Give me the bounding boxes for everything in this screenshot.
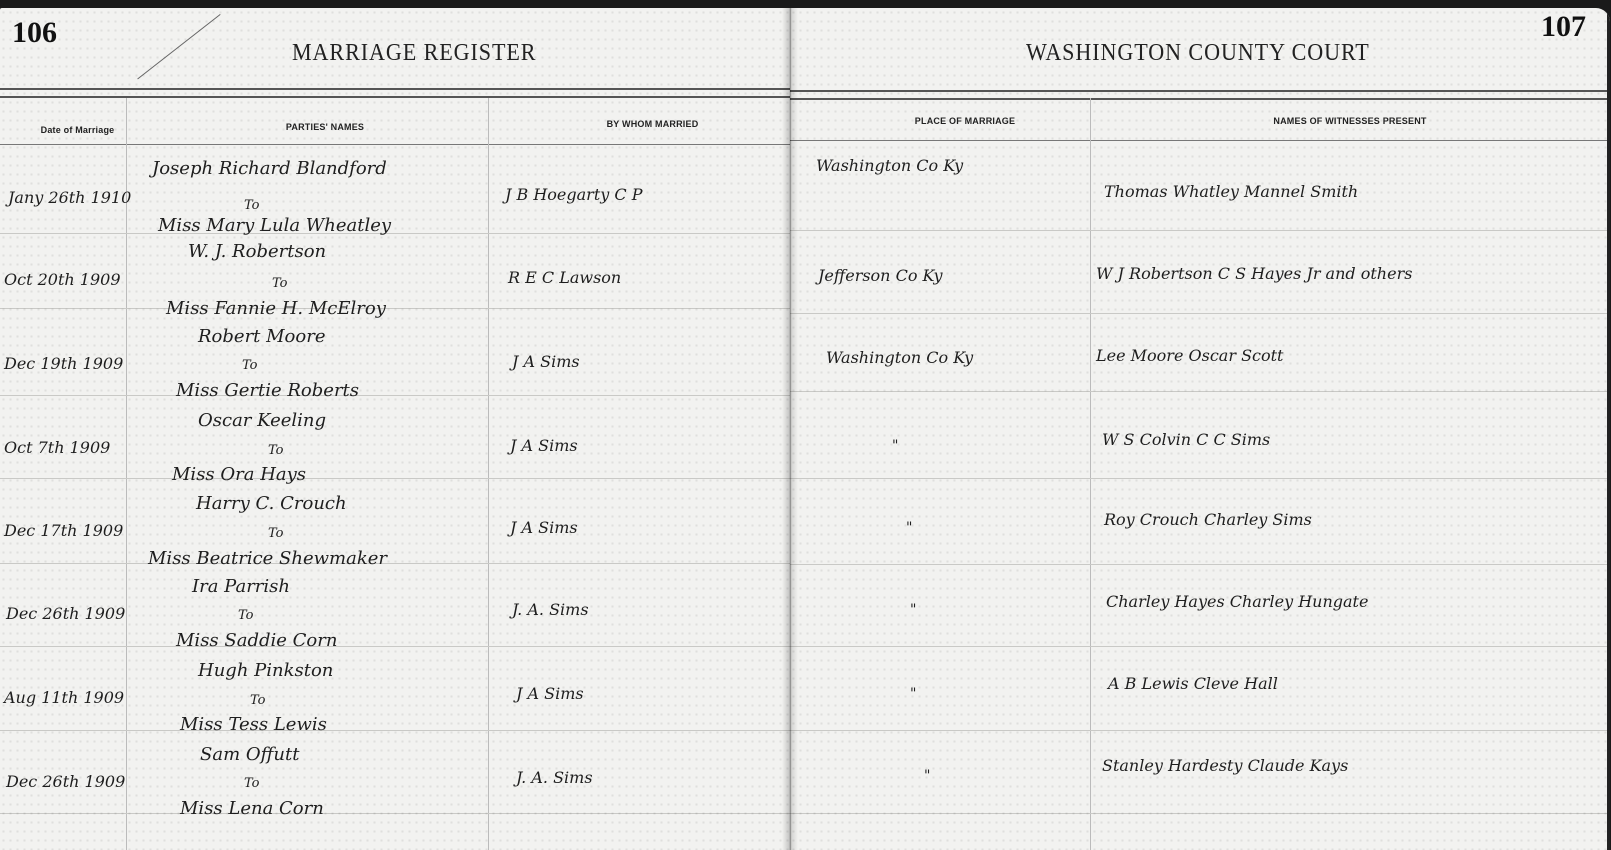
entry-connector: To [268, 526, 284, 541]
row-rule [0, 233, 790, 234]
entry-officiant: J A Sims [512, 352, 580, 371]
entry-groom: Oscar Keeling [198, 410, 326, 431]
column-header-officiant: BY WHOM MARRIED [520, 119, 785, 129]
page-number-right: 107 [1541, 10, 1586, 44]
column-divider [126, 98, 127, 850]
header-double-rule [790, 90, 1610, 100]
header-double-rule [0, 88, 790, 98]
entry-date: Dec 26th 1909 [6, 604, 125, 623]
entry-connector: To [268, 443, 284, 458]
header-bottom-rule [790, 140, 1610, 141]
entry-groom: Ira Parrish [192, 576, 290, 597]
entry-officiant: J A Sims [516, 684, 584, 703]
row-rule [790, 813, 1610, 814]
entry-connector: To [244, 776, 260, 791]
entry-date: Oct 7th 1909 [4, 438, 110, 457]
page-title-left: MARRIAGE REGISTER [292, 40, 536, 67]
entry-witnesses: A B Lewis Cleve Hall [1108, 674, 1278, 693]
entry-bride: Miss Fannie H. McElroy [166, 298, 386, 319]
column-divider [488, 98, 489, 850]
entry-place-ditto: " [906, 520, 912, 536]
entry-bride: Miss Ora Hays [172, 464, 306, 485]
column-header-witnesses: NAMES OF WITNESSES PRESENT [1090, 116, 1610, 126]
page-number-left: 106 [12, 16, 57, 50]
row-rule [0, 308, 790, 309]
entry-groom: Robert Moore [198, 326, 326, 347]
entry-officiant: J A Sims [510, 518, 578, 537]
entry-date: Dec 26th 1909 [6, 772, 125, 791]
entry-officiant: J B Hoegarty C P [505, 185, 642, 204]
entry-officiant: J. A. Sims [512, 600, 589, 619]
entry-witnesses: Charley Hayes Charley Hungate [1106, 592, 1368, 611]
entry-bride: Miss Mary Lula Wheatley [158, 215, 391, 236]
row-rule [0, 395, 790, 396]
entry-witnesses: W S Colvin C C Sims [1102, 430, 1270, 449]
entry-officiant: J A Sims [510, 436, 578, 455]
entry-bride: Miss Saddie Corn [176, 630, 337, 651]
entry-groom: Joseph Richard Blandford [152, 158, 387, 179]
entry-place-ditto: " [924, 768, 930, 784]
decorative-slash [137, 14, 220, 79]
row-rule [790, 646, 1610, 647]
entry-place: Jefferson Co Ky [818, 266, 943, 285]
entry-groom: Sam Offutt [200, 744, 299, 765]
entry-witnesses: W J Robertson C S Hayes Jr and others [1096, 264, 1412, 283]
entry-place-ditto: " [892, 438, 898, 454]
row-rule [790, 230, 1610, 231]
row-rule [790, 478, 1610, 479]
entry-groom: Harry C. Crouch [196, 493, 347, 514]
entry-bride: Miss Tess Lewis [180, 714, 327, 735]
entry-connector: To [244, 198, 260, 213]
entry-place: Washington Co Ky [816, 156, 963, 175]
entry-officiant: J. A. Sims [516, 768, 593, 787]
row-rule [790, 730, 1610, 731]
row-rule [0, 563, 790, 564]
column-divider [1090, 98, 1091, 850]
entry-bride: Miss Beatrice Shewmaker [148, 548, 387, 569]
row-rule [0, 646, 790, 647]
entry-place: Washington Co Ky [826, 348, 973, 367]
entry-witnesses: Stanley Hardesty Claude Kays [1102, 756, 1348, 775]
row-rule [0, 730, 790, 731]
entry-date: Dec 17th 1909 [4, 521, 123, 540]
page-edge [1607, 8, 1610, 850]
column-header-parties: PARTIES' NAMES [140, 122, 510, 132]
right-page: 107 WASHINGTON COUNTY COURT PLACE OF MAR… [790, 8, 1610, 850]
entry-witnesses: Lee Moore Oscar Scott [1096, 346, 1283, 365]
entry-connector: To [272, 276, 288, 291]
entry-groom: W. J. Robertson [188, 241, 326, 262]
entry-place-ditto: " [910, 686, 916, 702]
entry-date: Jany 26th 1910 [8, 188, 131, 207]
row-rule [0, 813, 790, 814]
entry-bride: Miss Lena Corn [180, 798, 324, 819]
entry-connector: To [242, 358, 258, 373]
row-rule [0, 478, 790, 479]
column-header-date: Date of Marriage [20, 125, 135, 135]
entry-connector: To [250, 693, 266, 708]
entry-place-ditto: " [910, 602, 916, 618]
entry-bride: Miss Gertie Roberts [176, 380, 359, 401]
entry-date: Aug 11th 1909 [4, 688, 124, 707]
column-header-place: PLACE OF MARRIAGE [820, 116, 1110, 126]
row-rule [790, 391, 1610, 392]
book-gutter [782, 8, 798, 850]
entry-witnesses: Thomas Whatley Mannel Smith [1104, 182, 1358, 201]
entry-date: Oct 20th 1909 [4, 270, 121, 289]
entry-date: Dec 19th 1909 [4, 354, 123, 373]
row-rule [790, 313, 1610, 314]
entry-groom: Hugh Pinkston [198, 660, 333, 681]
entry-connector: To [238, 608, 254, 623]
header-bottom-rule [0, 144, 790, 145]
page-title-right: WASHINGTON COUNTY COURT [1026, 40, 1370, 67]
entry-officiant: R E C Lawson [508, 268, 621, 287]
entry-witnesses: Roy Crouch Charley Sims [1104, 510, 1312, 529]
row-rule [790, 564, 1610, 565]
left-page: 106 MARRIAGE REGISTER Date of Marriage P… [0, 8, 790, 850]
